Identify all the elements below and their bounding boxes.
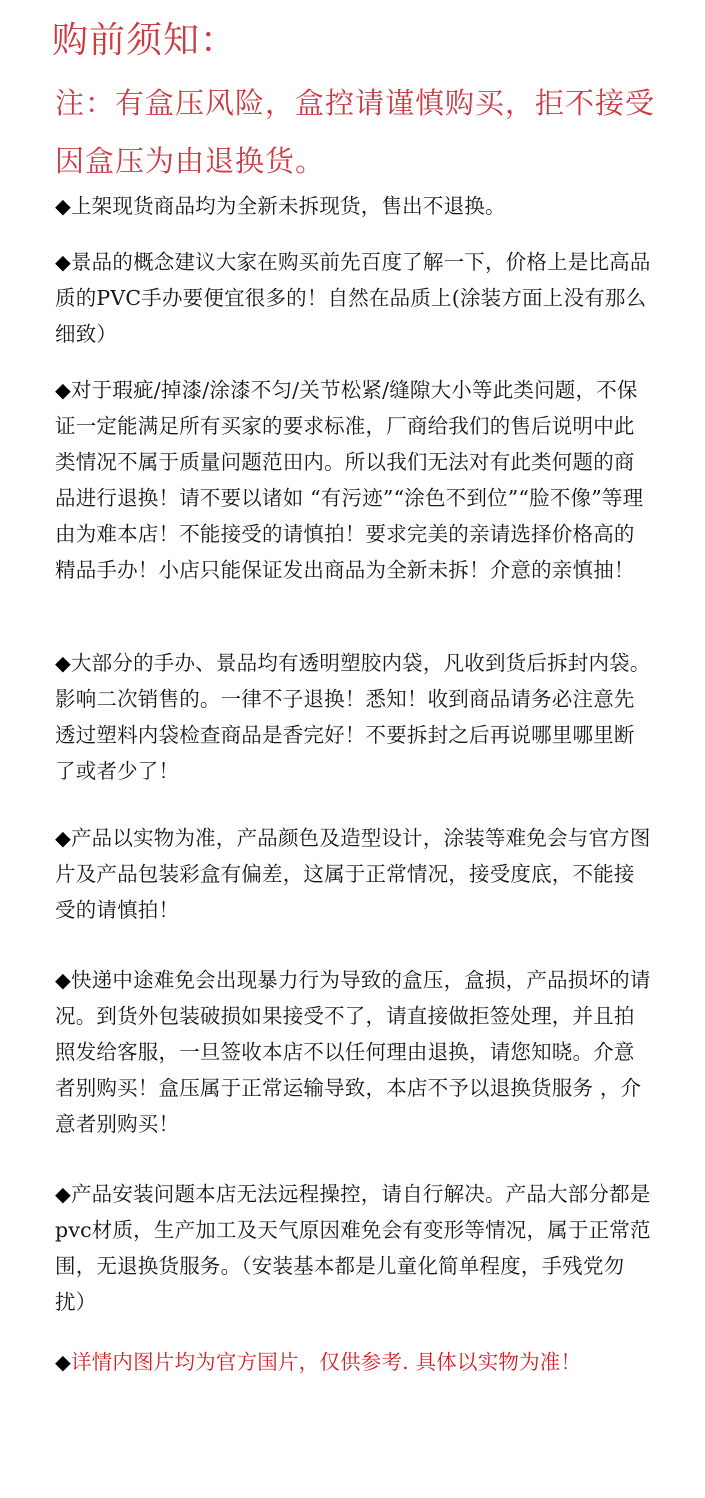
notice-new-stock: ◆上架现货商品均为全新未拆现货，售出不退换。 — [55, 188, 655, 224]
diamond-bullet-icon: ◆ — [55, 651, 71, 675]
diamond-bullet-icon: ◆ — [55, 968, 71, 992]
notice-prize-figure-concept: ◆景品的概念建议大家在购买前先百度了解一下，价格上是比高品质的PVC手办要便宜很… — [55, 244, 655, 352]
notice-text: 详情内图片均为官方国片，仅供参考. 具体以实物为准！ — [71, 1350, 581, 1374]
notice-text: 大部分的手办、景品均有透明塑胶内袋，凡收到货后拆封内袋。影响二次销售的。一律不子… — [55, 651, 651, 783]
diamond-bullet-icon: ◆ — [55, 250, 71, 274]
notice-official-images: ◆详情内图片均为官方国片，仅供参考. 具体以实物为准！ — [55, 1344, 655, 1380]
notice-text: 上架现货商品均为全新未拆现货，售出不退换。 — [71, 194, 506, 218]
notice-text: 产品安装问题本店无法远程操控，请自行解决。产品大部分都是pvc材质，生产加工及天… — [55, 1182, 651, 1314]
page-title: 购前须知： — [52, 18, 237, 64]
notice-product-appearance: ◆产品以实物为准，产品颜色及造型设计，涂装等难免会与官方图片及产品包装彩盒有偏差… — [55, 820, 655, 928]
notice-text: 对于瑕疵/掉漆/涂漆不匀/关节松紧/缝隙大小等此类问题，不保证一定能满足所有买家… — [55, 378, 643, 582]
diamond-bullet-icon: ◆ — [55, 1350, 71, 1374]
diamond-bullet-icon: ◆ — [55, 378, 71, 402]
notice-defects-policy: ◆对于瑕疵/掉漆/涂漆不匀/关节松紧/缝隙大小等此类问题，不保证一定能满足所有买… — [55, 372, 655, 588]
diamond-bullet-icon: ◆ — [55, 194, 71, 218]
notice-shipping-damage: ◆快递中途难免会出现暴力行为导致的盒压，盒损，产品损坏的请况。到货外包装破损如果… — [55, 962, 655, 1142]
diamond-bullet-icon: ◆ — [55, 1182, 71, 1206]
notice-text: 快递中途难免会出现暴力行为导致的盒压，盒损，产品损坏的请况。到货外包装破损如果接… — [55, 968, 651, 1136]
box-damage-warning: 注：有盒压风险，盒控请谨慎购买，拒不接受因盒压为由退换货。 — [55, 74, 675, 190]
notice-text: 景品的概念建议大家在购买前先百度了解一下，价格上是比高品质的PVC手办要便宜很多… — [55, 250, 651, 346]
notice-text: 产品以实物为准，产品颜色及造型设计，涂装等难免会与官方图片及产品包装彩盒有偏差，… — [55, 826, 651, 922]
notice-assembly: ◆产品安装问题本店无法远程操控，请自行解决。产品大部分都是pvc材质，生产加工及… — [55, 1176, 655, 1320]
notice-inner-bag: ◆大部分的手办、景品均有透明塑胶内袋，凡收到货后拆封内袋。影响二次销售的。一律不… — [55, 645, 655, 789]
diamond-bullet-icon: ◆ — [55, 826, 71, 850]
